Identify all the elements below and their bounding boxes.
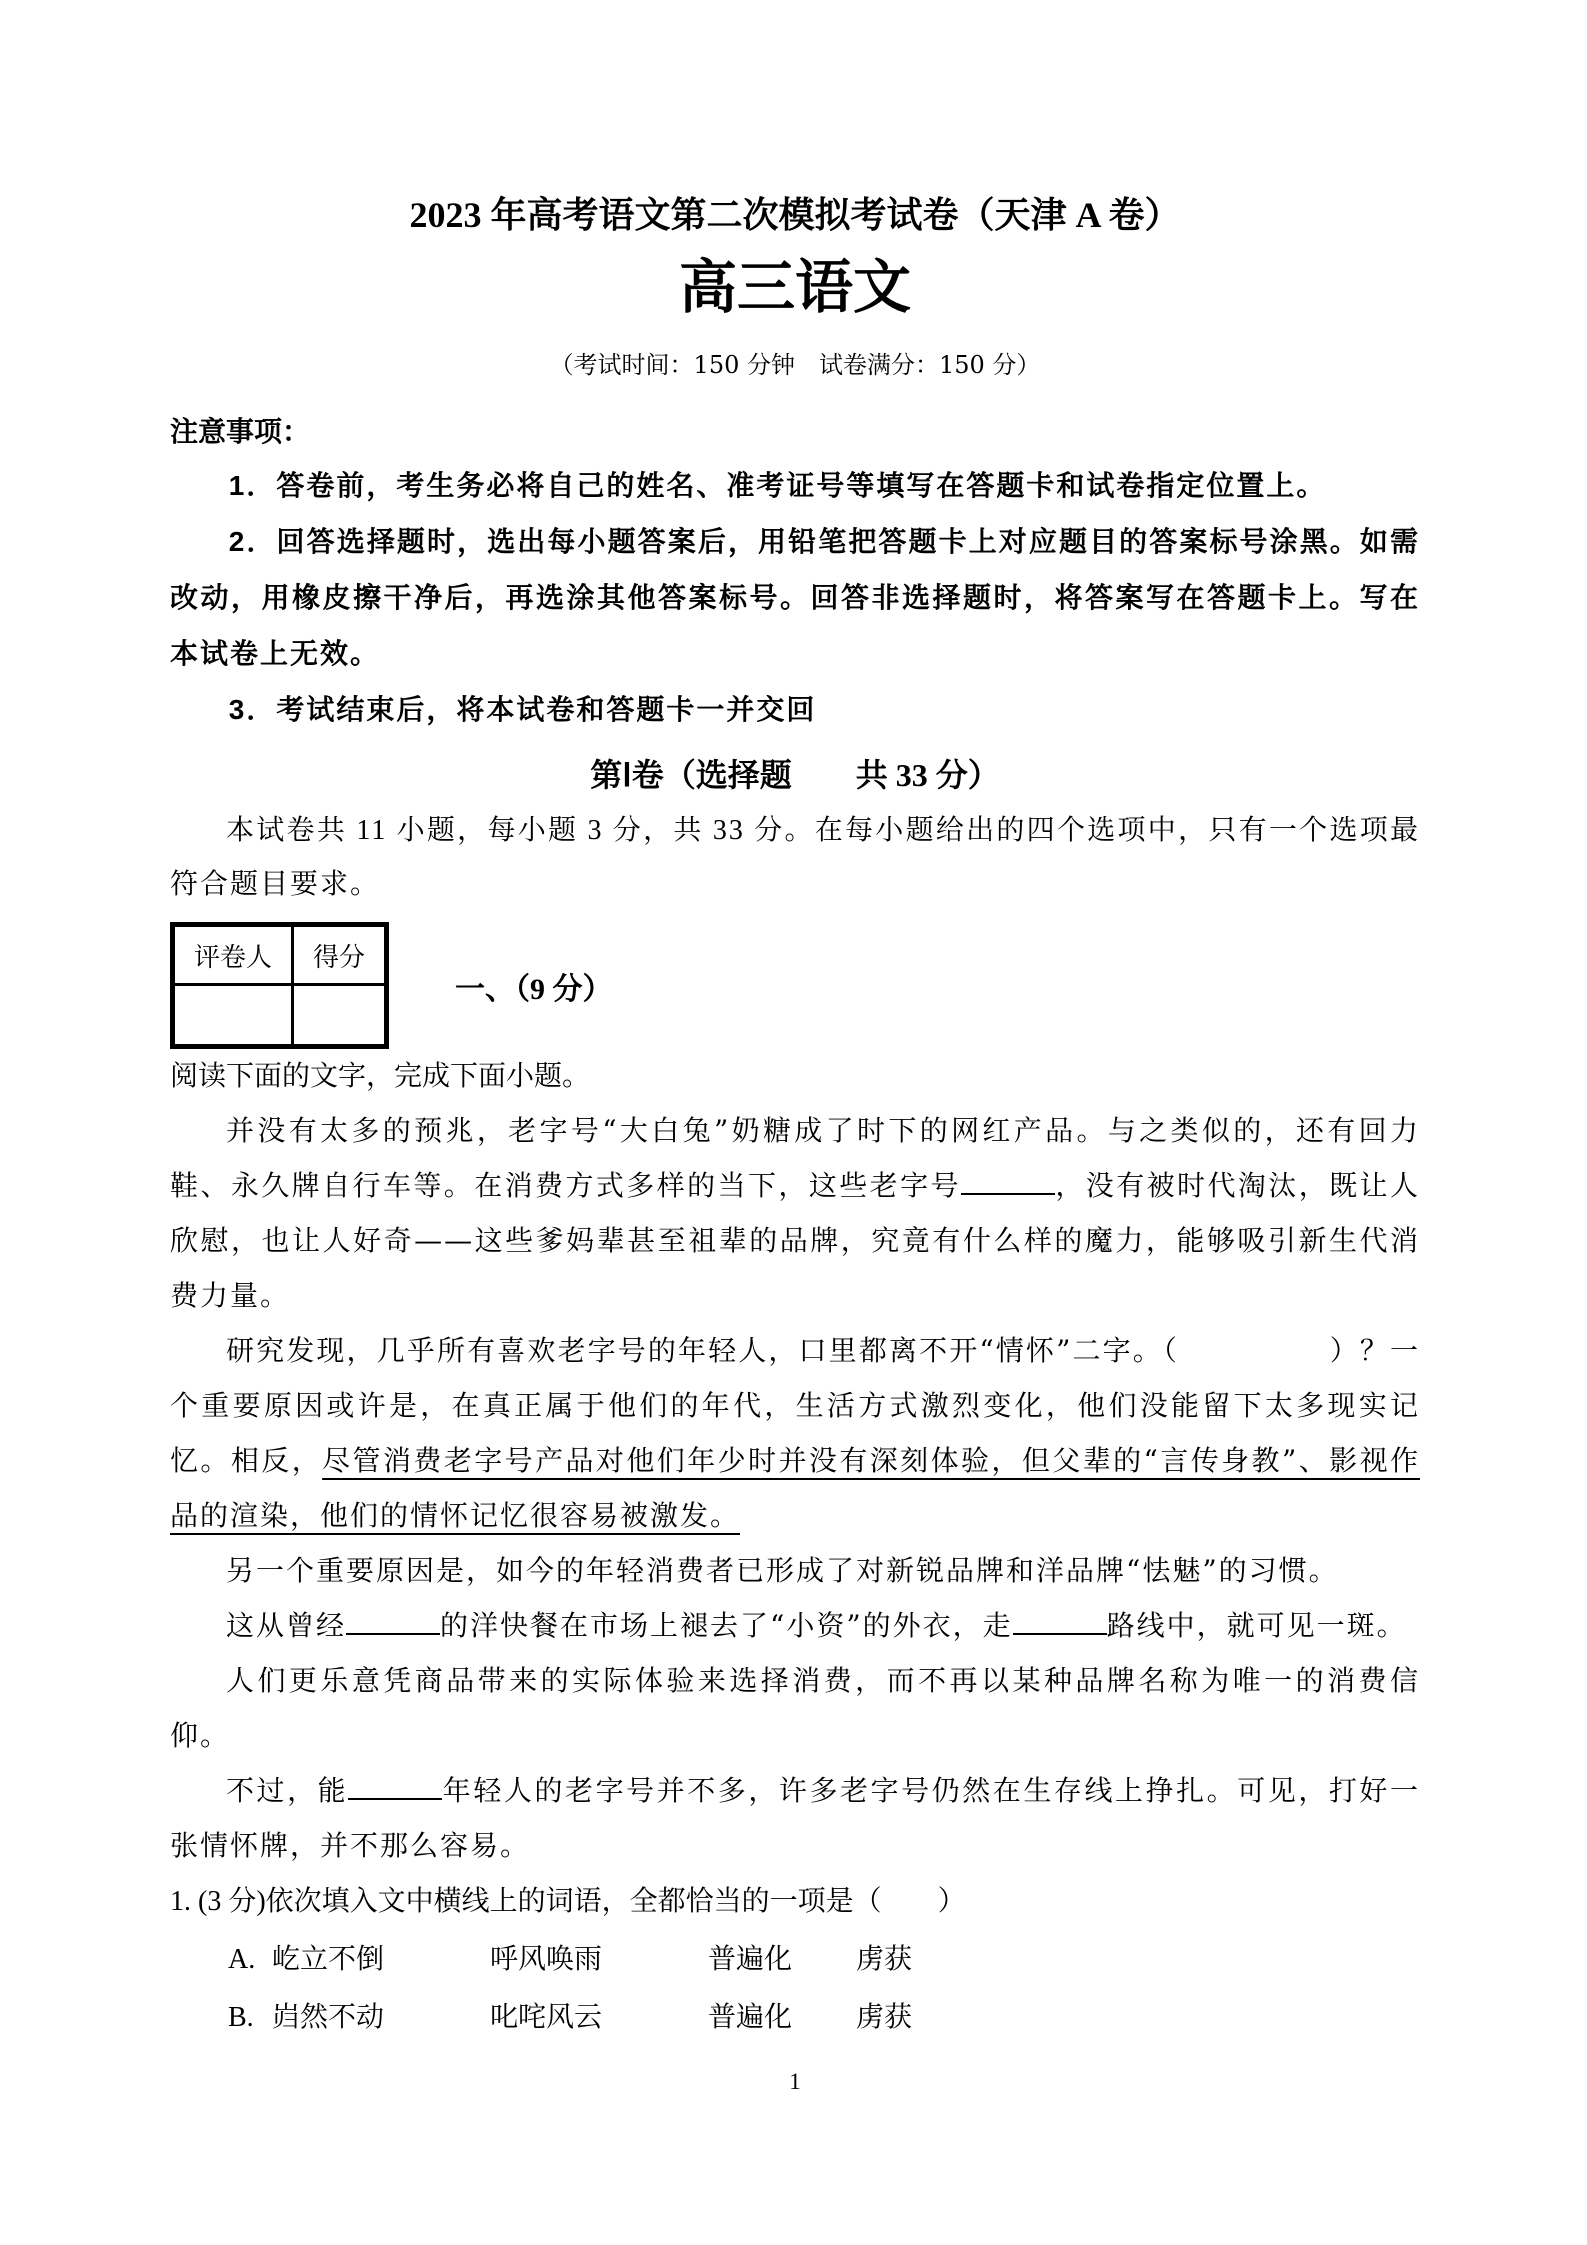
passage-p4-text-3: 路线中，就可见一斑。 [1107, 1609, 1407, 1642]
reading-prompt: 阅读下面的文字，完成下面小题。 [170, 1051, 1420, 1103]
option-a-label: A. [228, 1931, 272, 1989]
notice-item-3: 3．考试结束后，将本试卷和答题卡一并交回 [170, 682, 1420, 738]
passage-paragraph-1: 并没有太多的预兆，老字号“大白兔”奶糖成了时下的网红产品。与之类似的，还有回力鞋… [170, 1103, 1420, 1323]
passage-p6-text-1: 不过，能 [226, 1774, 348, 1807]
doc-title: 2023 年高考语文第二次模拟考试卷（天津 A 卷） [170, 192, 1420, 238]
grader-header-reviewer: 评卷人 [173, 925, 293, 985]
reading-passage: 并没有太多的预兆，老字号“大白兔”奶糖成了时下的网红产品。与之类似的，还有回力鞋… [170, 1103, 1420, 1873]
question1-option-b: B. 岿然不动 叱咤风云 普遍化 虏获 [170, 1989, 1420, 2047]
exam-paper-page: 2023 年高考语文第二次模拟考试卷（天津 A 卷） 高三语文 （考试时间：15… [0, 0, 1587, 2245]
grader-header-score: 得分 [293, 925, 387, 985]
passage-p2-underlined-text: 尽管消费老字号产品对他们年少时并没有深刻体验，但父辈的“言传身教”、影视作品的渲… [170, 1444, 1420, 1532]
passage-paragraph-5: 人们更乐意凭商品带来的实际体验来选择消费，而不再以某种品牌名称为唯一的消费信仰。 [170, 1653, 1420, 1763]
option-a-word-3: 普遍化 [708, 1931, 856, 1989]
section1-heading: 第Ⅰ卷（选择题 共 33 分） [170, 746, 1420, 804]
passage-p4-text-2: 的洋快餐在市场上褪去了“小资”的外衣，走 [440, 1609, 1013, 1642]
option-b-label: B. [228, 1989, 272, 2047]
option-b-word-3: 普遍化 [708, 1989, 856, 2047]
option-b-word-2: 叱咤风云 [490, 1989, 708, 2047]
part1-heading: 一、（9 分） [455, 964, 613, 1008]
passage-paragraph-3: 另一个重要原因是，如今的年轻消费者已形成了对新锐品牌和洋品牌“怯魅”的习惯。 [170, 1543, 1420, 1598]
page-number: 1 [170, 2069, 1420, 2095]
doc-subtitle: 高三语文 [170, 256, 1420, 320]
question1-option-a: A. 屹立不倒 呼风唤雨 普遍化 虏获 [170, 1931, 1420, 1989]
passage-paragraph-2: 研究发现，几乎所有喜欢老字号的年轻人，口里都离不开“情怀”二字。（ ）？一个重要… [170, 1323, 1420, 1543]
passage-p4-text-1: 这从曾经 [226, 1609, 346, 1642]
fill-blank-3 [1013, 1608, 1107, 1635]
grader-row: 评卷人 得分 一、（9 分） [170, 922, 1420, 1049]
passage-paragraph-6: 不过，能年轻人的老字号并不多，许多老字号仍然在生存线上挣扎。可见，打好一张情怀牌… [170, 1763, 1420, 1873]
option-a-word-4: 虏获 [856, 1931, 912, 1989]
fill-blank-4 [348, 1773, 442, 1800]
option-a-word-2: 呼风唤雨 [490, 1931, 708, 1989]
exam-info: （考试时间：150 分钟 试卷满分：150 分） [170, 350, 1420, 380]
option-a-word-1: 屹立不倒 [272, 1931, 490, 1989]
option-b-word-4: 虏获 [856, 1989, 912, 2047]
question1-stem: 1. (3 分)依次填入文中横线上的词语，全都恰当的一项是（ ） [170, 1873, 1420, 1931]
grader-cell-reviewer-empty [173, 985, 293, 1047]
option-b-word-1: 岿然不动 [272, 1989, 490, 2047]
grader-cell-score-empty [293, 985, 387, 1047]
notice-item-1: 1．答卷前，考生务必将自己的姓名、准考证号等填写在答题卡和试卷指定位置上。 [170, 458, 1420, 514]
notice-item-2: 2．回答选择题时，选出每小题答案后，用铅笔把答题卡上对应题目的答案标号涂黑。如需… [170, 514, 1420, 682]
fill-blank-2 [346, 1608, 440, 1635]
grader-table: 评卷人 得分 [170, 922, 389, 1049]
fill-blank-1 [961, 1168, 1055, 1195]
section1-intro: 本试卷共 11 小题，每小题 3 分，共 33 分。在每小题给出的四个选项中，只… [170, 804, 1420, 912]
notice-heading: 注意事项： [170, 406, 1420, 458]
passage-paragraph-4: 这从曾经的洋快餐在市场上褪去了“小资”的外衣，走路线中，就可见一斑。 [170, 1598, 1420, 1653]
